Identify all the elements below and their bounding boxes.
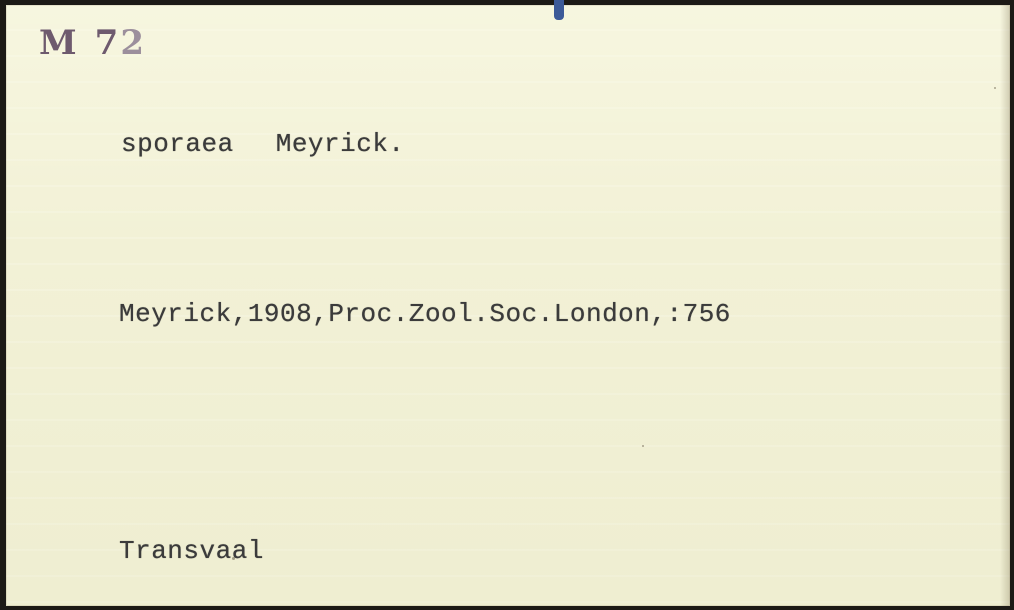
stamp-letter: M <box>39 23 79 63</box>
paper-speck <box>994 87 996 89</box>
species-epithet: sporaea <box>121 129 234 159</box>
index-card: M72 sporaeaMeyrick. Meyrick,1908,Proc.Zo… <box>6 5 1010 606</box>
stamp-number: 72 <box>95 23 146 63</box>
species-name-line: sporaeaMeyrick. <box>121 129 405 159</box>
locality: Transvaal <box>119 536 264 566</box>
scanned-index-card: M72 sporaeaMeyrick. Meyrick,1908,Proc.Zo… <box>0 0 1014 610</box>
species-author: Meyrick. <box>276 129 405 159</box>
stamp-digit-main: 7 <box>95 23 121 63</box>
catalog-number-stamp: M72 <box>39 23 146 63</box>
paper-speck <box>642 445 644 447</box>
card-clip-mark <box>554 0 564 20</box>
stamp-digit-faint: 2 <box>120 23 146 63</box>
bibliographic-reference: Meyrick,1908,Proc.Zool.Soc.London,:756 <box>119 299 731 329</box>
paper-speck <box>232 557 235 560</box>
